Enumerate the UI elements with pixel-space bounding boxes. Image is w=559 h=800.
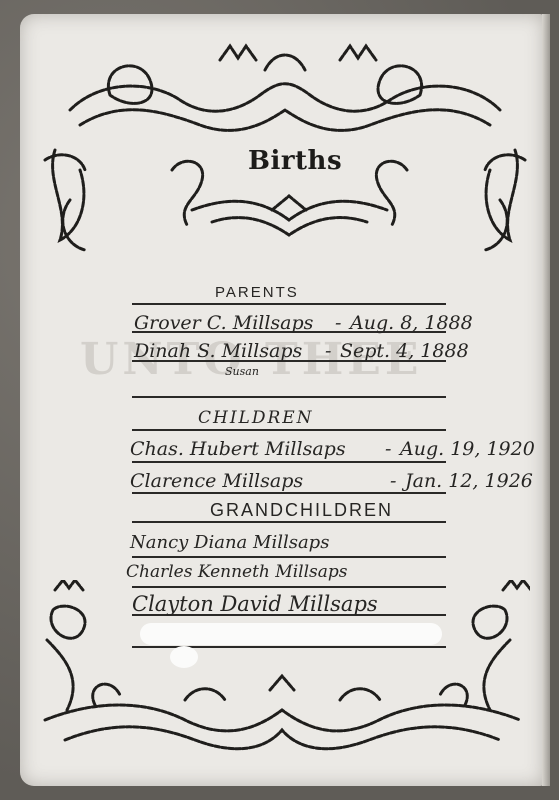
entry-separator: - (335, 312, 341, 334)
entry-name: Nancy Diana Millsaps (130, 532, 329, 553)
page-title: Births (248, 146, 342, 176)
entry-separator: - (325, 340, 331, 362)
ruled-line (132, 556, 446, 558)
entry-name: Clarence Millsaps (130, 470, 303, 492)
section-label-children: CHILDREN (198, 408, 314, 428)
entry-annotation: Susan (225, 365, 259, 378)
entry-name: Dinah S. Millsaps (134, 340, 302, 362)
bottom-floral-border-icon (35, 580, 530, 770)
entry-date: Aug. 8, 1888 (350, 312, 473, 334)
ruled-line (132, 521, 446, 523)
entry-name: Grover C. Millsaps (134, 312, 313, 334)
ruled-line (132, 461, 446, 463)
section-label-parents: PARENTS (215, 284, 299, 301)
ruled-line (132, 429, 446, 431)
entry-date: Jan. 12, 1926 (405, 470, 533, 492)
ruled-line (132, 492, 446, 494)
entry-separator: - (390, 470, 396, 492)
ruled-line (132, 303, 446, 305)
entry-date: Sept. 4, 1888 (340, 340, 469, 362)
entry-separator: - (385, 438, 391, 460)
ruled-line (132, 396, 446, 398)
entry-name: Chas. Hubert Millsaps (130, 438, 346, 460)
entry-name: Charles Kenneth Millsaps (126, 562, 347, 582)
entry-date: Aug. 19, 1920 (400, 438, 535, 460)
section-label-grandchildren: GRANDCHILDREN (210, 500, 393, 521)
